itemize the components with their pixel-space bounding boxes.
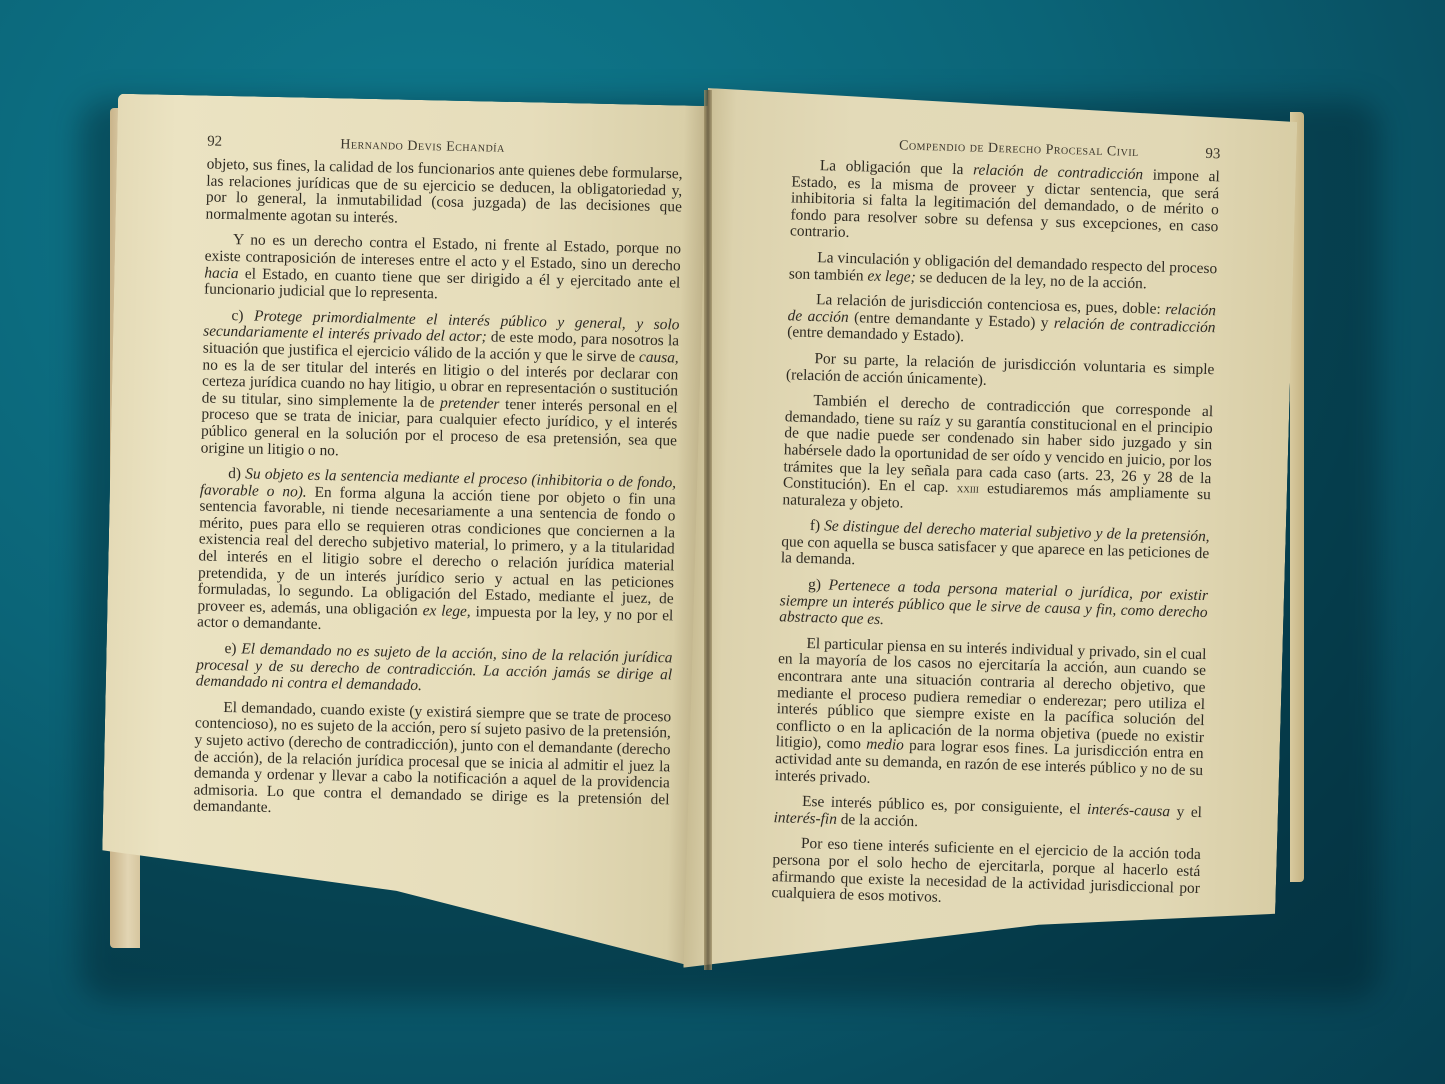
paragraph: Y no es un derecho contra el Estado, ni … — [204, 232, 681, 308]
italic-text: interés-causa — [1087, 801, 1170, 820]
paragraph: Por eso tiene interés suficiente en el e… — [771, 835, 1201, 913]
text-run: xxiii — [957, 480, 979, 496]
paragraph: d) Su objeto es la sentencia mediante el… — [197, 466, 676, 642]
text-run: Por su parte, la relación de jurisdicció… — [786, 350, 1215, 388]
italic-text: ex lege; — [867, 267, 916, 285]
text-run: Por eso tiene interés suficiente en el e… — [771, 835, 1201, 906]
italic-text: Pertenece a toda persona material o jurí… — [779, 577, 1208, 629]
book-spine-gutter — [704, 90, 712, 970]
paragraph: La obligación que la relación de contrad… — [790, 157, 1220, 252]
text-run: de la acción. — [837, 811, 919, 830]
paragraph: c) Protege primordialmente el interés pú… — [201, 307, 680, 466]
paragraph: Por su parte, la relación de jurisdicció… — [786, 350, 1215, 395]
paragraph: g) Pertenece a toda persona material o j… — [779, 576, 1208, 638]
paragraph: También el derecho de contradicción que … — [782, 392, 1213, 520]
paragraph: La relación de jurisdicción contenciosa … — [787, 291, 1216, 353]
text-run: f) — [810, 517, 825, 534]
paragraph: El demandado, cuando existe (y existirá … — [193, 699, 671, 825]
text-run: d) — [228, 465, 245, 482]
text-run: El particular piensa en su interés indiv… — [776, 635, 1207, 753]
text-run: (entre demandado y Estado). — [787, 324, 964, 346]
italic-text: interés-fin — [773, 809, 837, 828]
author-header: Hernando Devis Echandía — [222, 135, 623, 159]
text-run: e) — [224, 640, 241, 657]
paragraph: Ese interés público es, por consiguiente… — [773, 793, 1202, 838]
left-page: 92 Hernando Devis Echandía objeto, sus f… — [100, 94, 708, 966]
italic-text: medio — [866, 736, 904, 754]
paragraph: El particular piensa en su interés indiv… — [775, 635, 1207, 796]
italic-text: causa, — [639, 349, 679, 367]
text-run: objeto, sus fines, la calidad de los fun… — [205, 156, 682, 227]
italic-text: El demandado no es sujeto de la acción, … — [196, 640, 673, 694]
italic-text: hacia — [204, 264, 239, 282]
paragraph: e) El demandado no es sujeto de la acció… — [196, 640, 673, 700]
paragraph: f) Se distingue del derecho material sub… — [781, 518, 1210, 580]
paragraph: objeto, sus fines, la calidad de los fun… — [205, 157, 682, 233]
italic-text: ex lege, — [422, 602, 470, 620]
italic-text: pretender — [440, 394, 500, 412]
right-page-body: La obligación que la relación de contrad… — [771, 157, 1220, 913]
text-run: El demandado, cuando existe (y existirá … — [193, 699, 671, 817]
left-page-body: objeto, sus fines, la calidad de los fun… — [193, 157, 683, 826]
italic-text: relación de contradicción — [1054, 315, 1216, 337]
paragraph: La vinculación y obligación del demandad… — [789, 249, 1218, 294]
text-run: g) — [808, 576, 829, 594]
text-run: En forma alguna la acción tiene por obje… — [197, 483, 676, 619]
page-number: 93 — [1205, 146, 1220, 163]
text-run: y el — [1170, 803, 1202, 821]
right-page: Compendio de Derecho Procesal Civil 93 L… — [683, 88, 1297, 984]
page-number: 92 — [207, 134, 222, 151]
text-run: c) — [231, 307, 254, 324]
